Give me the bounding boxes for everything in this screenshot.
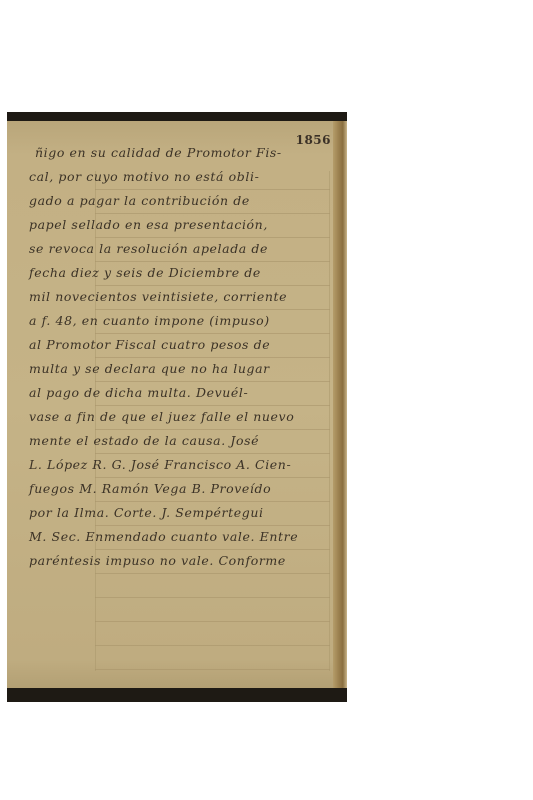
ledger-page: 1856 ñigo en su calidad de Promotor Fis-… (7, 121, 347, 688)
text-line: a f. 48, en cuanto impone (impuso) (29, 313, 369, 328)
text-line: cal, por cuyo motivo no está obli- (29, 169, 369, 184)
text-line: mente el estado de la causa. José (29, 433, 369, 448)
text-line: ñigo en su calidad de Promotor Fis- (35, 145, 375, 160)
text-line: al Promotor Fiscal cuatro pesos de (29, 337, 369, 352)
body-text: ñigo en su calidad de Promotor Fis- cal,… (7, 121, 347, 688)
text-line: al pago de dicha multa. Devuél- (29, 385, 369, 400)
text-line: vase a fin de que el juez falle el nuevo (29, 409, 369, 424)
text-line: papel sellado en esa presentación, (29, 217, 369, 232)
text-line: multa y se declara que no ha lugar (29, 361, 369, 376)
document-photo: 1856 ñigo en su calidad de Promotor Fis-… (7, 112, 347, 702)
text-line: fuegos M. Ramón Vega B. Proveído (29, 481, 369, 496)
text-line: fecha diez y seis de Diciembre de (29, 265, 369, 280)
text-line: por la Ilma. Corte. J. Sempértegui (29, 505, 369, 520)
text-line: se revoca la resolución apelada de (29, 241, 369, 256)
text-line: gado a pagar la contribución de (29, 193, 369, 208)
text-line: mil novecientos veintisiete, corriente (29, 289, 369, 304)
text-line: paréntesis impuso no vale. Conforme (29, 553, 369, 568)
text-line: L. López R. G. José Francisco A. Cien- (29, 457, 369, 472)
text-line: M. Sec. Enmendado cuanto vale. Entre (29, 529, 369, 544)
